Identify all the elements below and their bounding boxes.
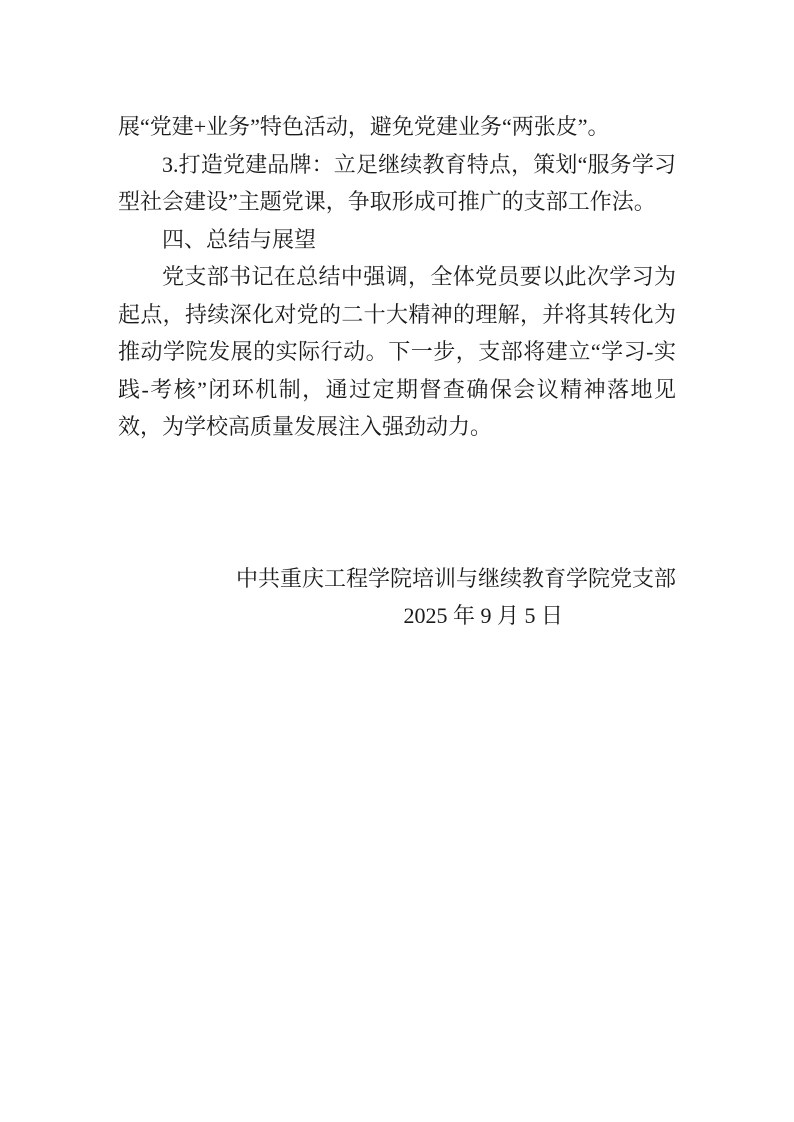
paragraph-secretary-summary: 党支部书记在总结中强调，全体党员要以此次学习为起点，持续深化对党的二十大精神的理… [118, 258, 676, 446]
document-page: 展“党建+业务”特色活动，避免党建业务“两张皮”。 3.打造党建品牌：立足继续教… [0, 0, 794, 1122]
signature-organization: 中共重庆工程学院培训与继续教育学院党支部 [118, 560, 676, 598]
paragraph-brand-building: 3.打造党建品牌：立足继续教育特点，策划“服务学习型社会建设”主题党课，争取形成… [118, 146, 676, 221]
signature-block: 中共重庆工程学院培训与继续教育学院党支部 2025 年 9 月 5 日 [118, 560, 676, 635]
document-body: 展“党建+业务”特色活动，避免党建业务“两张皮”。 3.打造党建品牌：立足继续教… [0, 0, 794, 635]
paragraph-continuation: 展“党建+业务”特色活动，避免党建业务“两张皮”。 [118, 108, 676, 146]
signature-date: 2025 年 9 月 5 日 [118, 597, 676, 635]
section-heading-summary-outlook: 四、总结与展望 [118, 221, 676, 259]
